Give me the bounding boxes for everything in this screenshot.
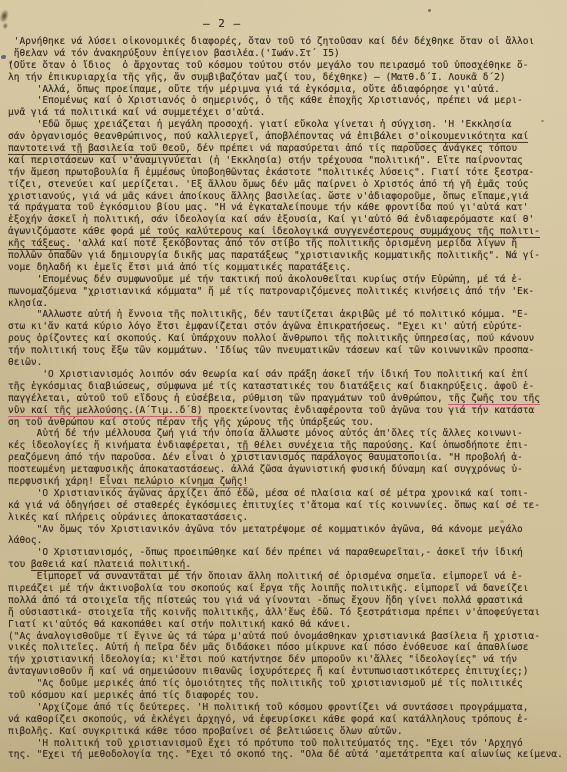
- text-segment: 'Ο Χριστιανισμός λοιπόν σάν θεωρία καί σ…: [8, 369, 528, 380]
- text-line: τοῦ κόσμου καί μερικές ἀπό τίς διαφορές …: [8, 690, 565, 702]
- text-line: τήν πολιτική τους ἔξω τῶν κομμάτων. 'Ιδί…: [8, 345, 565, 357]
- text-line: (Οὔτε ὅταν ὁ ἴδιος ὁ ἄρχοντας τοῦ κόσμου…: [8, 60, 565, 72]
- underlined-text-segment: κῆς τάξεως.: [8, 238, 71, 250]
- text-segment: "Αλλωστε αὐτή ἡ ἔννοια τῆς πολιτικῆς, δέ…: [8, 309, 528, 320]
- text-line: λη τήν ἐπικυριαρχία τῆς γῆς, ἄν συμβιβαζ…: [8, 72, 565, 84]
- text-line: νομε δηλαδή κι ἐμεῖς ἔτσι μιά ἀπό τίς κο…: [8, 262, 565, 274]
- text-segment: παγγέλεται, αὐτοῦ τοῦ εἴδους ἡ εὐσέβεια,…: [8, 393, 448, 404]
- text-line: 'Εδῶ ὅμως χρειάζεται ἡ μεγάλη προσοχή. γ…: [8, 119, 565, 131]
- text-segment: θειῶν.: [8, 357, 42, 368]
- text-line: ἤ οὐσιαστικά- στοιχεῖα τῆς κοινῆς πολιτι…: [8, 607, 565, 619]
- text-segment: στω κι'ἄν κατά κύριο λόγο ἔτσι ἐμφανίζετ…: [8, 321, 523, 332]
- text-segment: λικές καί πλήρεις οὐράνιες ἀποκαταστάσει…: [8, 512, 248, 523]
- text-segment: Γιατί κι'αὐτός θά κακοπάθει καί στήν πολ…: [8, 619, 351, 630]
- text-segment: κές ἰδεολογίες ἤ κινήματα ἐνδιαφέρεται,: [8, 440, 237, 451]
- underlined-text-segment: παντοτεινά τῇ βασιλεία τοῦ Θεοῦ,: [8, 143, 191, 155]
- text-segment: νομε δηλαδή κι ἐμεῖς ἔτσι μιά ἀπό τίς κο…: [8, 262, 351, 273]
- text-segment: πιρεάζει μέ τήν ἀκτινοβολία του σκοπούς …: [8, 583, 528, 594]
- text-segment: ση τοῦ ἀνθρώπου καί στούς πέραν τῆς γῆς …: [8, 417, 374, 428]
- text-segment: πολλά ἀπό τά στοιχεῖα τῆς πίστεώς του γι…: [8, 595, 523, 606]
- text-line: "Αλλωστε αὐτή ἡ ἔννοια τῆς πολιτικῆς, δέ…: [8, 309, 565, 321]
- text-line: πολλῶν ὀπαδῶν γιά δημιουργία δικῆς μας π…: [8, 250, 565, 262]
- text-segment: νικές πολιτεῖες. Αὐτή ἡ πεῖρα δέν μᾶς δι…: [8, 642, 528, 653]
- text-segment: 'Αρχίζομε ἀπό τίς δεύτερες. 'Η πολιτική …: [8, 702, 528, 713]
- text-segment: ποστεωμένη μεταφυσικῆς ἀποκαταστάσεως. ἀ…: [8, 464, 523, 475]
- text-segment: της. "Εχει τή μεθοδολογία της. "Εχει τό …: [8, 749, 563, 760]
- text-segment: ἀγωνιζόμαστε κάθε φορά: [8, 226, 140, 237]
- text-segment: περφυσική χάρη!: [8, 476, 100, 487]
- text-line: ἐξοχήν ἀσκεῖ ἡ πολιτική, σάν ἰδεολογία κ…: [8, 214, 565, 226]
- text-segment: 'Επομένως δέν συμφωνοῦμε μέ τήν τακτική …: [8, 274, 523, 285]
- text-line: χριστιανούς, γιά νά μᾶς κάνει ἀποίκους ἄ…: [8, 191, 565, 203]
- text-line: μνᾶ γιά τά πολιτικά καί νά συμμετέχει σ'…: [8, 107, 565, 119]
- text-line: σάν ὀργανισμός θεανθρώπινος, πού καλλιερ…: [8, 131, 565, 143]
- text-segment: τίζει, στενεύει καί μερίζεται. 'Εξ ἄλλου…: [8, 179, 528, 190]
- text-segment: Εἰμπορεῖ νά συναντᾶται μέ τήν ὅποιαν ἄλλ…: [8, 571, 523, 582]
- text-line: πιβολῆς. Καί συγκριτικά κάθε τόσο προβαί…: [8, 726, 565, 738]
- text-line: τά πράγματα τοῦ ἐγκόσμιου βίου μας. "Η ν…: [8, 202, 565, 214]
- text-segment: 'Ο Χριστιανισμός, -ὅπως προειπώθηκε καί …: [8, 547, 523, 558]
- text-segment: ἀνταγωνισθοῦν ἤ καί νά σημειώσουν πιθανῶ…: [8, 666, 528, 677]
- text-segment: Καί ὁπωσδήποτε ἐπι-: [414, 440, 528, 451]
- text-line: νικές πολιτεῖες. Αὐτή ἡ πεῖρα δέν μᾶς δι…: [8, 642, 565, 654]
- ink-blot: [0, 4, 17, 34]
- text-line: νά καθορίζει σκοπούς, νά ἐκλέγει ἀρχηγό,…: [8, 714, 565, 726]
- text-segment: κά γιά νά ὁδηγήσει σέ σταθερές ἐγκόσμιες…: [8, 500, 540, 511]
- document-text: 'Αρνήθηκε νά λύσει οἰκονομικές διαφορές,…: [8, 36, 565, 761]
- underlined-text-segment: Εἶναι πελώριο κίνημα ζωῆς!: [100, 476, 249, 488]
- text-segment: 'Αλλά, ὅπως προείπαμε, οὔτε τήν μέριμνα …: [8, 84, 500, 95]
- text-line: παντοτεινά τῇ βασιλεία τοῦ Θεοῦ, δέν πρέ…: [8, 143, 565, 155]
- text-segment: "Αν ὅμως τόν Χριστιανικόν ἀγῶνα τόν μετα…: [8, 524, 523, 535]
- text-line: κές ἰδεολογίες ἤ κινήματα ἐνδιαφέρεται, …: [8, 440, 565, 452]
- text-line: περφυσική χάρη! Εἶναι πελώριο κίνημα ζωῆ…: [8, 476, 565, 488]
- underlined-text-segment: σ'οἰκουμενικότητα καί: [408, 131, 528, 143]
- text-segment: 'Εδῶ ὅμως χρειάζεται ἡ μεγάλη προσοχή. γ…: [8, 119, 511, 130]
- text-segment: κλησία.: [8, 298, 48, 309]
- text-line: 'Αλλά, ὅπως προείπαμε, οὔτε τήν μέριμνα …: [8, 84, 565, 96]
- text-line: "Αν ὅμως τόν Χριστιανικόν ἀγῶνα τόν μετα…: [8, 524, 565, 536]
- text-segment: νά καθορίζει σκοπούς, νά ἐκλέγει ἀρχηγό,…: [8, 714, 528, 725]
- text-line: 'Ο Χριστιανισμός λοιπόν σάν θεωρία καί σ…: [8, 369, 565, 381]
- text-line: στω κι'ἄν κατά κύριο λόγο ἔτσι ἐμφανίζετ…: [8, 321, 565, 333]
- text-line: τίζει, στενεύει καί μερίζεται. 'Εξ ἄλλου…: [8, 179, 565, 191]
- text-line: τῆς ἐγκόσμιας διαβιώσεως, σύμφωνα μέ τίς…: [8, 381, 565, 393]
- text-segment: ἤ οὐσιαστικά- στοιχεῖα τῆς κοινῆς πολιτι…: [8, 607, 540, 618]
- text-line: παγγέλεται, αὐτοῦ τοῦ εἴδους ἡ εὐσέβεια,…: [8, 393, 565, 405]
- text-line: 'Αρχίζομε ἀπό τίς δεύτερες. 'Η πολιτική …: [8, 702, 565, 714]
- text-line: 'Επομένως δέν συμφωνοῦμε μέ τήν τακτική …: [8, 274, 565, 286]
- text-line: ποστεωμένη μεταφυσικῆς ἀποκαταστάσεως. ἀ…: [8, 464, 565, 476]
- text-segment: "Ας δοῦμε μερικές ἀπό τίς ὁμοιότητες τῆς…: [8, 678, 523, 689]
- underlined-text-segment: βαθειά καί πλατειά πολιτική.: [31, 559, 191, 571]
- text-segment: προεκτείνοντας ἐνδιαφέροντα τοῦ ἀγῶνα το…: [202, 405, 534, 416]
- text-segment: του: [8, 559, 31, 570]
- text-line: 'Η πολιτική τοῦ χριστιανισμοῦ ἔχει τό πρ…: [8, 738, 565, 750]
- text-line: της. "Εχει τή μεθοδολογία της. "Εχει τό …: [8, 749, 565, 761]
- underlined-text-segment: τῆς ζωῆς του τῆς: [448, 393, 540, 405]
- text-segment: τῆς ἐγκόσμιας διαβιώσεως, σύμφωνα μέ τίς…: [8, 381, 534, 392]
- text-segment: καί περιστάσεων καί ν'ἀναμιγνύεται (ἡ 'Ε…: [8, 155, 523, 166]
- text-line: ση τοῦ ἀνθρώπου καί στούς πέραν τῆς γῆς …: [8, 417, 565, 429]
- text-line: 'Επομένως καί ὁ Χριστιανός ὁ σημερινός, …: [8, 95, 565, 107]
- text-segment: 'Αρνήθηκε νά λύσει οἰκονομικές διαφορές,…: [8, 36, 534, 47]
- ink-speck: [428, 9, 431, 12]
- text-segment: πιβολῆς. Καί συγκριτικά κάθε τόσο προβαί…: [8, 726, 403, 737]
- text-segment: ἤθελαν νά τόν ἀνακηρύξουν ἐπίγειον βασιλ…: [8, 48, 340, 59]
- text-segment: τά πράγματα τοῦ ἐγκόσμιου βίου μας. "Η ν…: [8, 202, 528, 213]
- text-line: 'Ο Χριστιανικός ἀγῶνας ἀρχίζει ἀπό ἐδῶ, …: [8, 488, 565, 500]
- text-line: ἤθελαν νά τόν ἀνακηρύξουν ἐπίγειον βασιλ…: [8, 48, 565, 60]
- text-segment: Αὐτή δέ τήν μέλλουσα ζωή γιά τήν ὁποία ἄ…: [8, 428, 523, 439]
- document-page: – 2 – 'Αρνήθηκε νά λύσει οἰκονομικές δια…: [0, 0, 567, 772]
- text-line: 'Ο Χριστιανισμός, -ὅπως προειπώθηκε καί …: [8, 547, 565, 559]
- ink-speck: [1, 55, 6, 59]
- text-line: τήν ἄμεση πρωτοβουλία ἤ ἐμμέσως ὑποβοηθῶ…: [8, 167, 565, 179]
- text-segment: ρεαζόμενη ἀπό τήν παροῦσα. Δέν εἶναι ὁ χ…: [8, 452, 523, 463]
- text-line: Γιατί κι'αὐτός θά κακοπάθει καί στήν πολ…: [8, 619, 565, 631]
- underlined-text-segment: τῇ θέλει συνέχεια τῆς παρούσης.: [237, 440, 414, 452]
- text-line: ρεαζόμενη ἀπό τήν παροῦσα. Δέν εἶναι ὁ χ…: [8, 452, 565, 464]
- text-line: Αὐτή δέ τήν μέλλουσα ζωή γιά τήν ὁποία ἄ…: [8, 428, 565, 440]
- text-segment: ἐξοχήν ἀσκεῖ ἡ πολιτική, σάν ἰδεολογία κ…: [8, 214, 534, 225]
- text-line: κῆς τάξεως. 'αλλά καί ποτέ ξεκόβοντας ἀπ…: [8, 238, 565, 250]
- text-line: πωνομαζόμενα "χριστιανικά κόμματα" ἤ μέ …: [8, 286, 565, 298]
- text-line: κά γιά νά ὁδηγήσει σέ σταθερές ἐγκόσμιες…: [8, 500, 565, 512]
- text-line: πιρεάζει μέ τήν ἀκτινοβολία του σκοπούς …: [8, 583, 565, 595]
- text-line: καί περιστάσεων καί ν'ἀναμιγνύεται (ἡ 'Ε…: [8, 155, 565, 167]
- text-segment: πολλῶν ὀπαδῶν γιά δημιουργία δικῆς μας π…: [8, 250, 540, 261]
- text-segment: τοῦ κόσμου καί μερικές ἀπό τίς διαφορές …: [8, 690, 260, 701]
- text-segment: τήν χριστιανική ἰδεολογία; κι'ἔτσι πού κ…: [8, 654, 517, 665]
- text-line: τήν χριστιανική ἰδεολογία; κι'ἔτσι πού κ…: [8, 654, 565, 666]
- text-line: του βαθειά καί πλατειά πολιτική.: [8, 559, 565, 571]
- text-segment: λη τήν ἐπικυριαρχία τῆς γῆς, ἄν συμβιβαζ…: [8, 72, 506, 83]
- underlined-text-segment: μέ τούς καλύτερους καί ἰδεολογικά συγγεν…: [140, 226, 540, 238]
- text-segment: τήν πολιτική τους ἔξω τῶν κομμάτων. 'Ιδί…: [8, 345, 534, 356]
- page-number: – 2 –: [203, 17, 241, 30]
- text-segment: ρους ὁρίζοντες καί σκοπούς. Καί ὑπάρχουν…: [8, 333, 534, 344]
- text-segment: ("Ας ἀναλογισθοῦμε τί ἔγινε ὡς τά τώρα μ…: [8, 631, 540, 642]
- text-segment: δέν πρέπει νά παρασύρεται ἀπό τίς παροῦσ…: [191, 143, 517, 154]
- text-line: "Ας δοῦμε μερικές ἀπό τίς ὁμοιότητες τῆς…: [8, 678, 565, 690]
- text-line: λικές καί πλήρεις οὐράνιες ἀποκαταστάσει…: [8, 512, 565, 524]
- text-line: πολλά ἀπό τά στοιχεῖα τῆς πίστεώς του γι…: [8, 595, 565, 607]
- text-segment: τήν ἄμεση πρωτοβουλία ἤ ἐμμέσως ὑποβοηθῶ…: [8, 167, 534, 178]
- text-line: Εἰμπορεῖ νά συναντᾶται μέ τήν ὅποιαν ἄλλ…: [8, 571, 565, 583]
- text-segment: 'Η πολιτική τοῦ χριστιανισμοῦ ἔχει τό πρ…: [8, 738, 523, 749]
- text-line: ἀγωνιζόμαστε κάθε φορά μέ τούς καλύτερου…: [8, 226, 565, 238]
- text-line: κλησία.: [8, 298, 565, 310]
- text-segment: 'Ο Χριστιανικός ἀγῶνας ἀρχίζει ἀπό ἐδῶ, …: [8, 488, 528, 499]
- text-line: ("Ας ἀναλογισθοῦμε τί ἔγινε ὡς τά τώρα μ…: [8, 631, 565, 643]
- text-segment: (Οὔτε ὅταν ὁ ἴδιος ὁ ἄρχοντας τοῦ κόσμου…: [8, 60, 528, 71]
- text-line: ρους ὁρίζοντες καί σκοπούς. Καί ὑπάρχουν…: [8, 333, 565, 345]
- text-line: νῦν καί τῆς μελλούσης.(Α΄Τιμ..δ΄8) προεκ…: [8, 405, 565, 417]
- text-line: λάθος.: [8, 535, 565, 547]
- underlined-text-segment: νῦν καί τῆς μελλούσης.(Α΄Τιμ..δ΄8): [8, 405, 202, 417]
- text-line: ἀνταγωνισθοῦν ἤ καί νά σημειώσουν πιθανῶ…: [8, 666, 565, 678]
- text-segment: 'αλλά καί ποτέ ξεκόβοντας ἀπό τόν στίβο …: [71, 238, 517, 249]
- text-segment: 'Επομένως καί ὁ Χριστιανός ὁ σημερινός, …: [8, 95, 523, 106]
- text-segment: πωνομαζόμενα "χριστιανικά κόμματα" ἤ μέ …: [8, 286, 534, 297]
- text-line: 'Αρνήθηκε νά λύσει οἰκονομικές διαφορές,…: [8, 36, 565, 48]
- text-segment: μνᾶ γιά τά πολιτικά καί νά συμμετέχει σ'…: [8, 107, 265, 118]
- text-segment: χριστιανούς, γιά νά μᾶς κάνει ἀποίκους ἄ…: [8, 191, 528, 202]
- text-segment: σάν ὀργανισμός θεανθρώπινος, πού καλλιερ…: [8, 131, 408, 142]
- text-segment: λάθος.: [8, 535, 42, 546]
- text-line: θειῶν.: [8, 357, 565, 369]
